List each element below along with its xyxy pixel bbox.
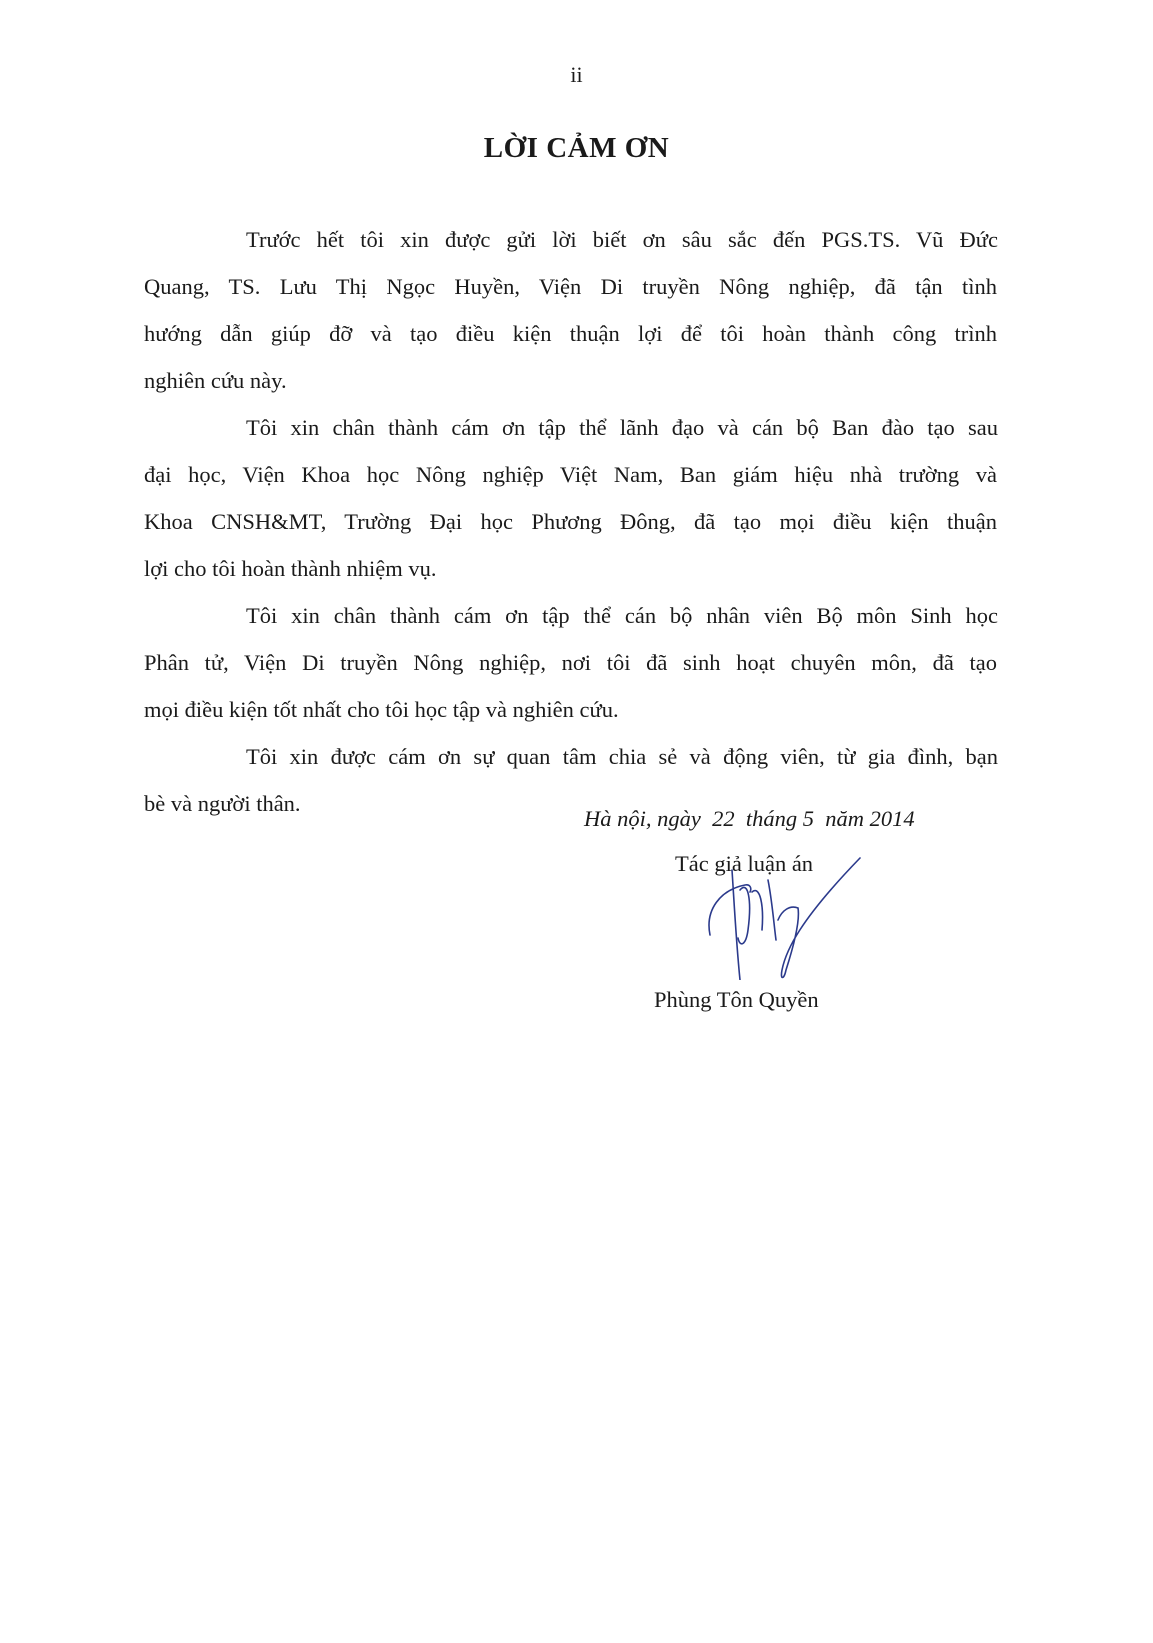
text-line: Phân tử, Viện Di truyền Nông nghiệp, nơi… [144,639,997,686]
date-line: Hà nội, ngày 22 tháng 5 năm 2014 [584,806,915,832]
text-line: Trước hết tôi xin được gửi lời biết ơn s… [246,216,998,263]
paragraph-2: Tôi xin chân thành cám ơn tập thể lãnh đ… [256,404,998,592]
text-line: Khoa CNSH&MT, Trường Đại học Phương Đông… [144,498,997,545]
acknowledgement-body: Trước hết tôi xin được gửi lời biết ơn s… [256,216,998,827]
text-line: mọi điều kiện tốt nhất cho tôi học tập v… [144,686,997,733]
text-line: nghiên cứu này. [144,357,997,404]
page-title: LỜI CẢM ƠN [0,132,1153,165]
paragraph-1: Trước hết tôi xin được gửi lời biết ơn s… [256,216,998,404]
paragraph-3: Tôi xin chân thành cám ơn tập thể cán bộ… [256,592,998,733]
text-line: lợi cho tôi hoàn thành nhiệm vụ. [144,545,997,592]
text-line: đại học, Viện Khoa học Nông nghiệp Việt … [144,451,997,498]
signature-image [690,830,990,980]
text-line: Tôi xin chân thành cám ơn tập thể cán bộ… [246,592,998,639]
text-line: Tôi xin được cám ơn sự quan tâm chia sẻ … [246,733,998,780]
text-line: Quang, TS. Lưu Thị Ngọc Huyền, Viện Di t… [144,263,997,310]
author-name: Phùng Tôn Quyền [654,987,819,1013]
text-line: hướng dẫn giúp đỡ và tạo điều kiện thuận… [144,310,997,357]
page-number: ii [0,62,1153,88]
text-line: Tôi xin chân thành cám ơn tập thể lãnh đ… [246,404,998,451]
